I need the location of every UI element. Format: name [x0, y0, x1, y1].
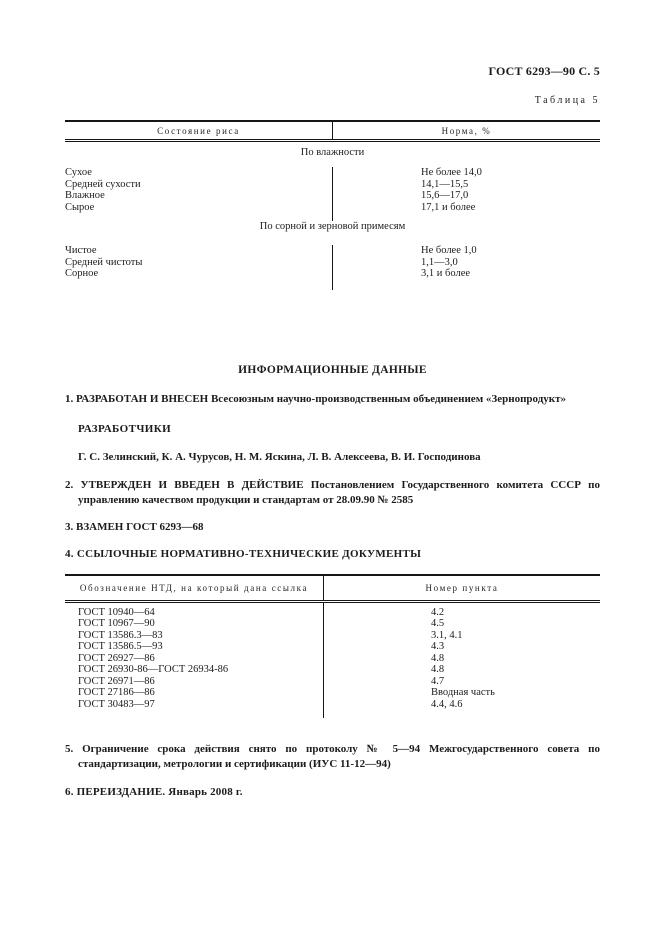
row-label: ГОСТ 10967—90 [65, 618, 323, 630]
info-data-heading: ИНФОРМАЦИОННЫЕ ДАННЫЕ [65, 364, 600, 377]
table-reference-documents: Обозначение НТД, на который дана ссылка … [65, 574, 600, 719]
table-row: ГОСТ 26971—86 4.7 [65, 676, 600, 688]
developers-label: РАЗРАБОТЧИКИ [65, 422, 600, 437]
row-value: Вводная часть [323, 687, 600, 699]
row-label: Сырое [65, 202, 332, 214]
table-rice-condition: Состояние риса Норма, % По влажности Сух… [65, 120, 600, 290]
table1-header-row: Состояние риса Норма, % [65, 122, 600, 139]
info-item-4: 4. ССЫЛОЧНЫЕ НОРМАТИВНО-ТЕХНИЧЕСКИЕ ДОКУ… [65, 547, 600, 562]
table-label: Таблица 5 [65, 95, 600, 107]
divider-extension [65, 213, 600, 221]
info-item-2: 2. УТВЕРЖДЕН И ВВЕДЕН В ДЕЙСТВИЕ Постано… [65, 478, 600, 508]
row-value: Не более 14,0 [332, 167, 600, 179]
table2-col-header-clause: Номер пункта [323, 576, 600, 600]
row-value: 4.2 [323, 607, 600, 619]
divider-extension [65, 280, 600, 290]
row-label: ГОСТ 27186—86 [65, 687, 323, 699]
row-label: ГОСТ 26930-86—ГОСТ 26934-86 [65, 664, 323, 676]
table-row: ГОСТ 13586.3—83 3.1, 4.1 [65, 630, 600, 642]
table1-col-header-state: Состояние риса [65, 122, 332, 139]
section-title-impurity: По сорной и зерновой примесям [65, 221, 600, 233]
document-page: ГОСТ 6293—90 С. 5 Таблица 5 Состояние ри… [0, 0, 661, 936]
row-value: 14,1—15,5 [332, 179, 600, 191]
row-value: 17,1 и более [332, 202, 600, 214]
row-label: ГОСТ 30483—97 [65, 699, 323, 711]
row-value: 4.5 [323, 618, 600, 630]
row-label: Сорное [65, 268, 332, 280]
divider-extension [65, 710, 600, 718]
row-value: 3,1 и более [332, 268, 600, 280]
table-row: Сырое 17,1 и более [65, 202, 600, 214]
table2-rows: ГОСТ 10940—64 4.2 ГОСТ 10967—90 4.5 ГОСТ… [65, 603, 600, 719]
double-rule [65, 139, 600, 142]
table-row: ГОСТ 26930-86—ГОСТ 26934-86 4.8 [65, 664, 600, 676]
row-label: Сухое [65, 167, 332, 179]
table-row: ГОСТ 26927—86 4.8 [65, 653, 600, 665]
table-row: Сухое Не более 14,0 [65, 167, 600, 179]
row-value: 4.8 [323, 664, 600, 676]
info-item-5: 5. Ограничение срока действия снято по п… [65, 742, 600, 772]
row-label: ГОСТ 13586.5—93 [65, 641, 323, 653]
row-value: 4.7 [323, 676, 600, 688]
table-row: Сорное 3,1 и более [65, 268, 600, 280]
table-row: Чистое Не более 1,0 [65, 245, 600, 257]
table-row: Влажное 15,6—17,0 [65, 190, 600, 202]
row-label: Средней чистоты [65, 257, 332, 269]
section-title-moisture: По влажности [65, 147, 600, 159]
row-value: 1,1—3,0 [332, 257, 600, 269]
info-item-6: 6. ПЕРЕИЗДАНИЕ. Январь 2008 г. [65, 785, 600, 800]
row-value: 4.8 [323, 653, 600, 665]
row-value: Не более 1,0 [332, 245, 600, 257]
row-label: ГОСТ 26927—86 [65, 653, 323, 665]
row-label: ГОСТ 13586.3—83 [65, 630, 323, 642]
developers-names: Г. С. Зелинский, К. А. Чурусов, Н. М. Яс… [65, 450, 600, 465]
row-value: 4.4, 4.6 [323, 699, 600, 711]
row-label: Влажное [65, 190, 332, 202]
info-item-1: 1. РАЗРАБОТАН И ВНЕСЕН Всесоюзным научно… [65, 392, 600, 407]
row-value: 3.1, 4.1 [323, 630, 600, 642]
row-label: Средней сухости [65, 179, 332, 191]
doc-reference: ГОСТ 6293—90 С. 5 [65, 64, 600, 78]
table-row: ГОСТ 13586.5—93 4.3 [65, 641, 600, 653]
table2-header-row: Обозначение НТД, на который дана ссылка … [65, 576, 600, 600]
table-row: ГОСТ 10967—90 4.5 [65, 618, 600, 630]
row-label: ГОСТ 26971—86 [65, 676, 323, 688]
row-label: ГОСТ 10940—64 [65, 607, 323, 619]
table1-col-header-norm: Норма, % [332, 122, 600, 139]
table2-col-header-ntd: Обозначение НТД, на который дана ссылка [65, 576, 323, 600]
row-label: Чистое [65, 245, 332, 257]
table1-moisture-rows: Сухое Не более 14,0 Средней сухости 14,1… [65, 167, 600, 221]
table-row: Средней сухости 14,1—15,5 [65, 179, 600, 191]
row-value: 15,6—17,0 [332, 190, 600, 202]
table-row: ГОСТ 30483—97 4.4, 4.6 [65, 699, 600, 711]
table-row: ГОСТ 10940—64 4.2 [65, 607, 600, 619]
table1-impurity-rows: Чистое Не более 1,0 Средней чистоты 1,1—… [65, 245, 600, 290]
table-row: ГОСТ 27186—86 Вводная часть [65, 687, 600, 699]
row-value: 4.3 [323, 641, 600, 653]
info-item-3: 3. ВЗАМЕН ГОСТ 6293—68 [65, 520, 600, 535]
table-row: Средней чистоты 1,1—3,0 [65, 257, 600, 269]
